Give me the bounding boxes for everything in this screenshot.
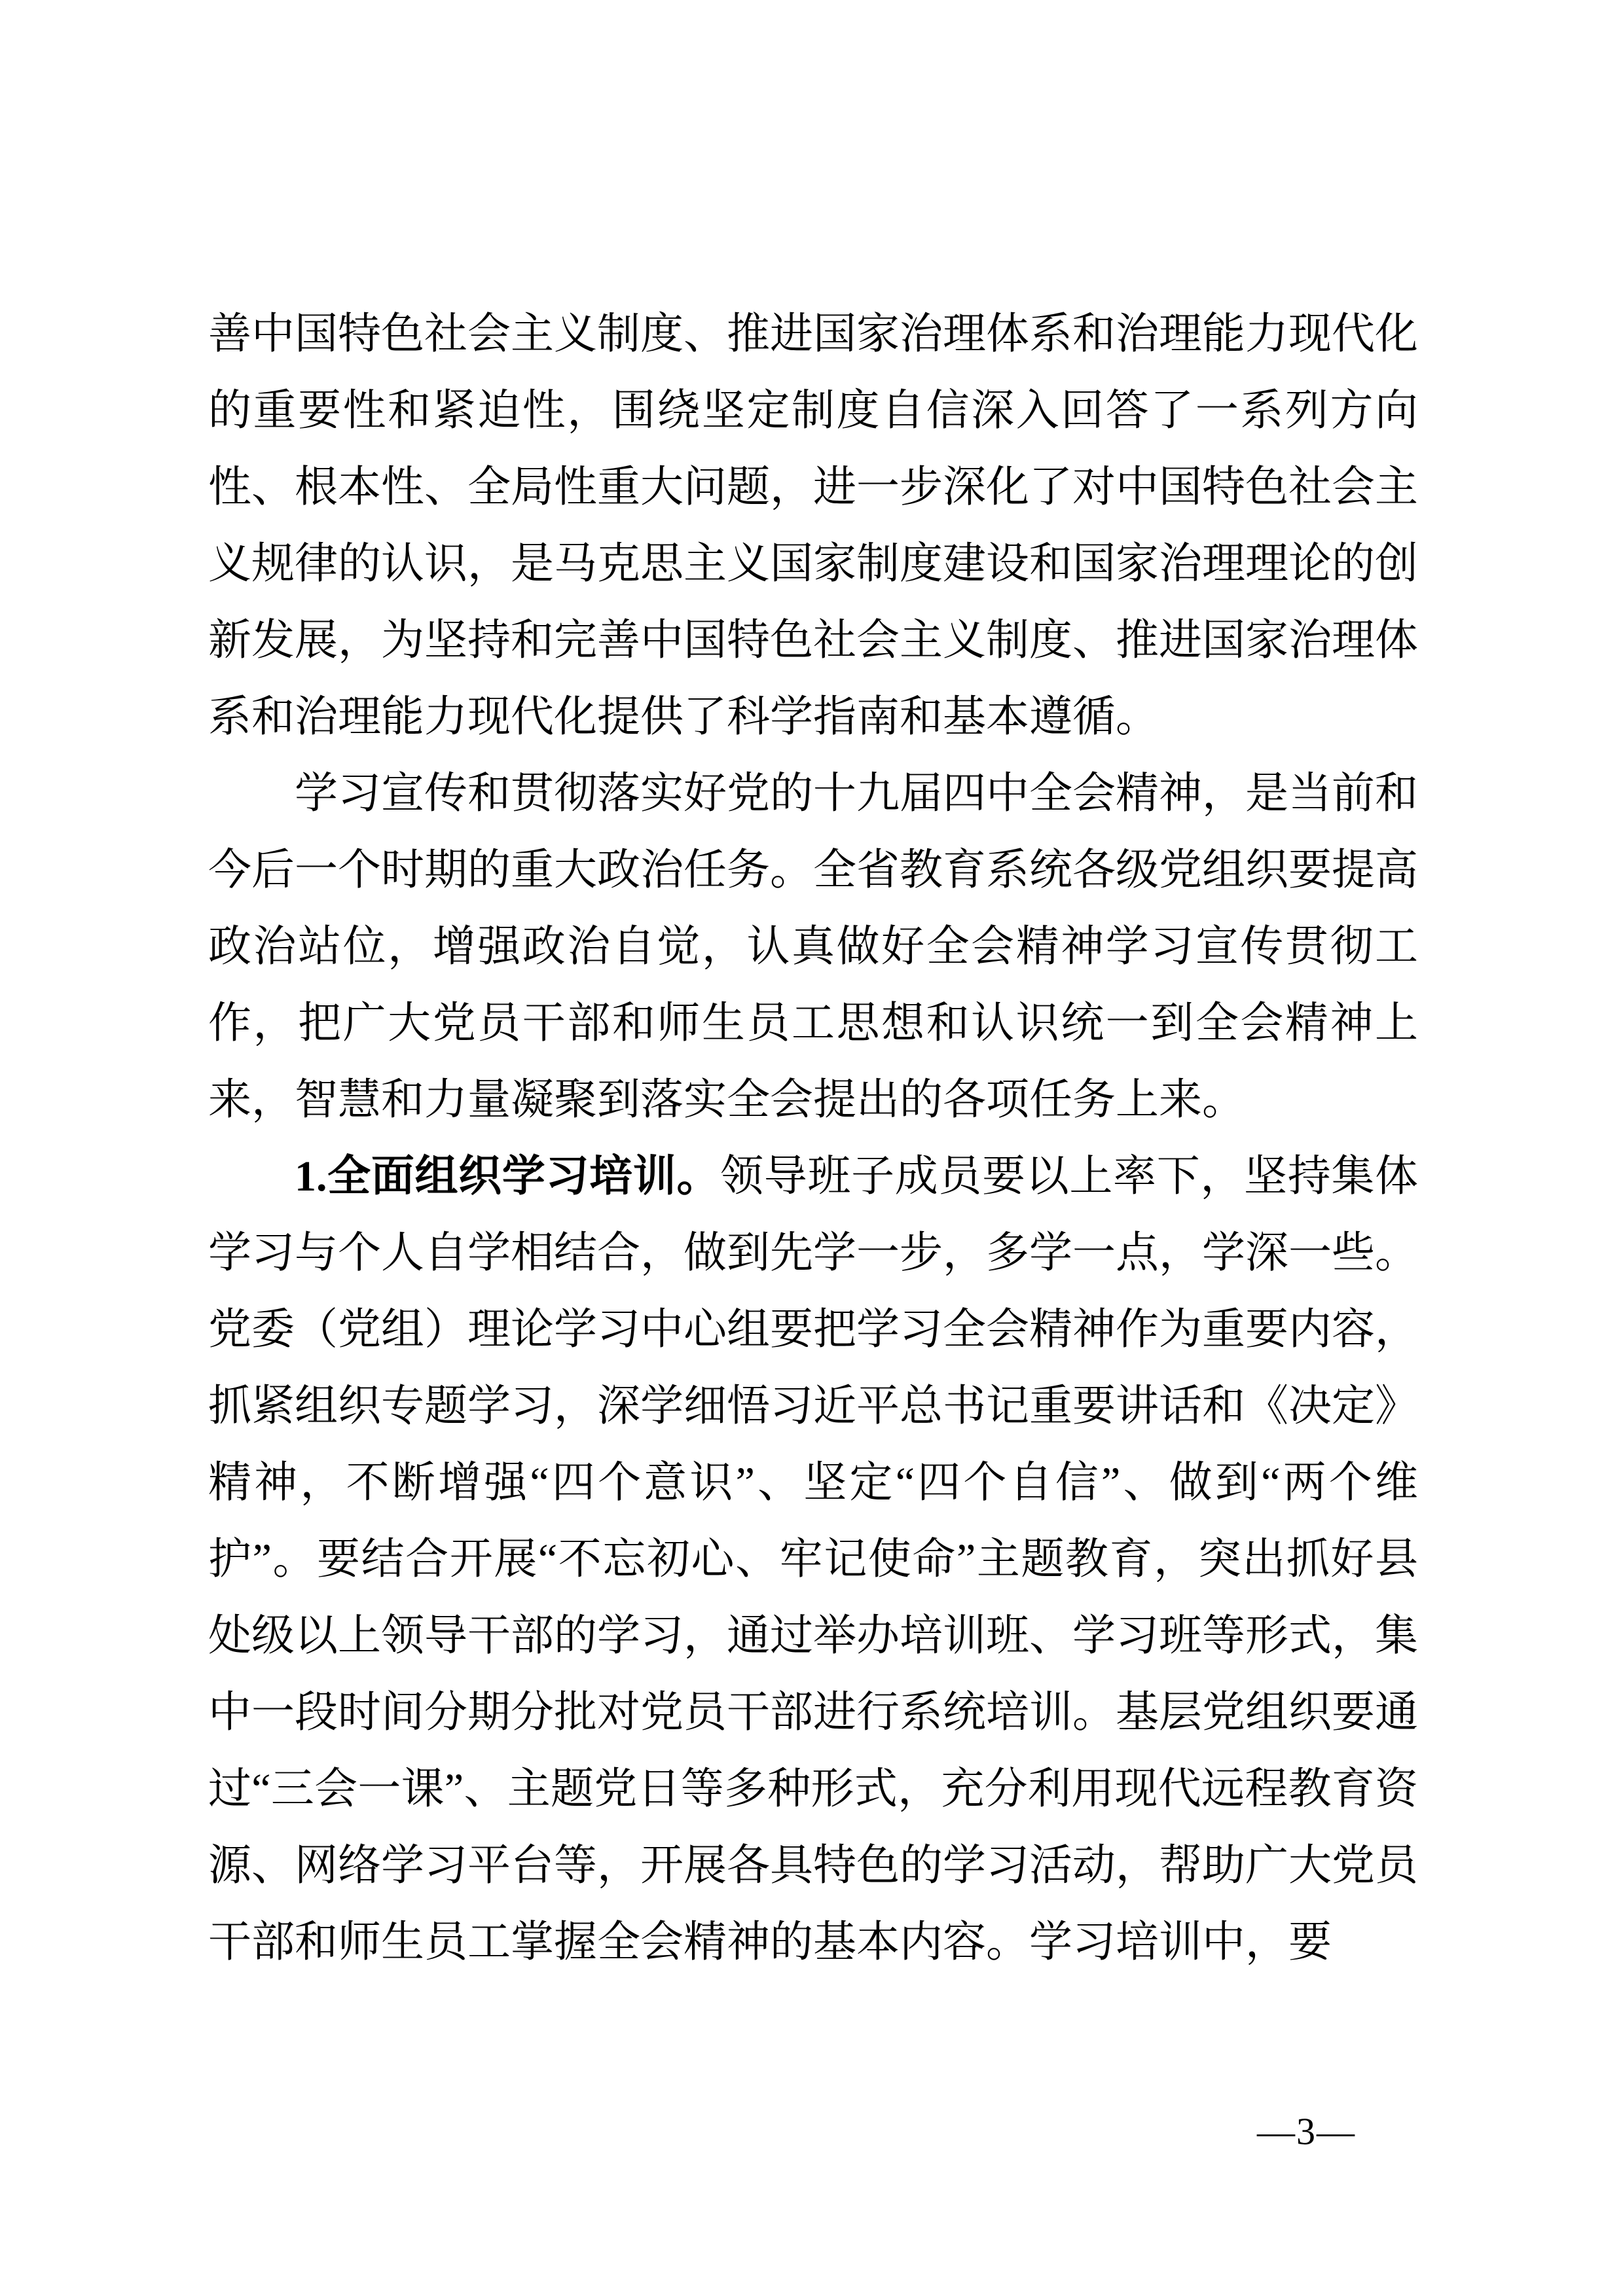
document-page: 善中国特色社会主义制度、推进国家治理体系和治理能力现代化的重要性和紧迫性，围绕坚… [0,0,1623,2296]
paragraph-continuation: 善中国特色社会主义制度、推进国家治理体系和治理能力现代化的重要性和紧迫性，围绕坚… [208,296,1418,755]
paragraph-item-1-text: 领导班子成员要以上率下，坚持集体学习与个人自学相结合，做到先学一步，多学一点，学… [208,1153,1418,1966]
paragraph-item-1-heading: 1.全面组织学习培训。 [295,1153,720,1200]
document-body: 善中国特色社会主义制度、推进国家治理体系和治理能力现代化的重要性和紧迫性，围绕坚… [208,296,1418,1981]
paragraph-study-propaganda: 学习宣传和贯彻落实好党的十九届四中全会精神，是当前和今后一个时期的重大政治任务。… [208,755,1418,1138]
page-number: —3— [1257,2109,1356,2155]
paragraph-item-1: 1.全面组织学习培训。领导班子成员要以上率下，坚持集体学习与个人自学相结合，做到… [208,1138,1418,1981]
